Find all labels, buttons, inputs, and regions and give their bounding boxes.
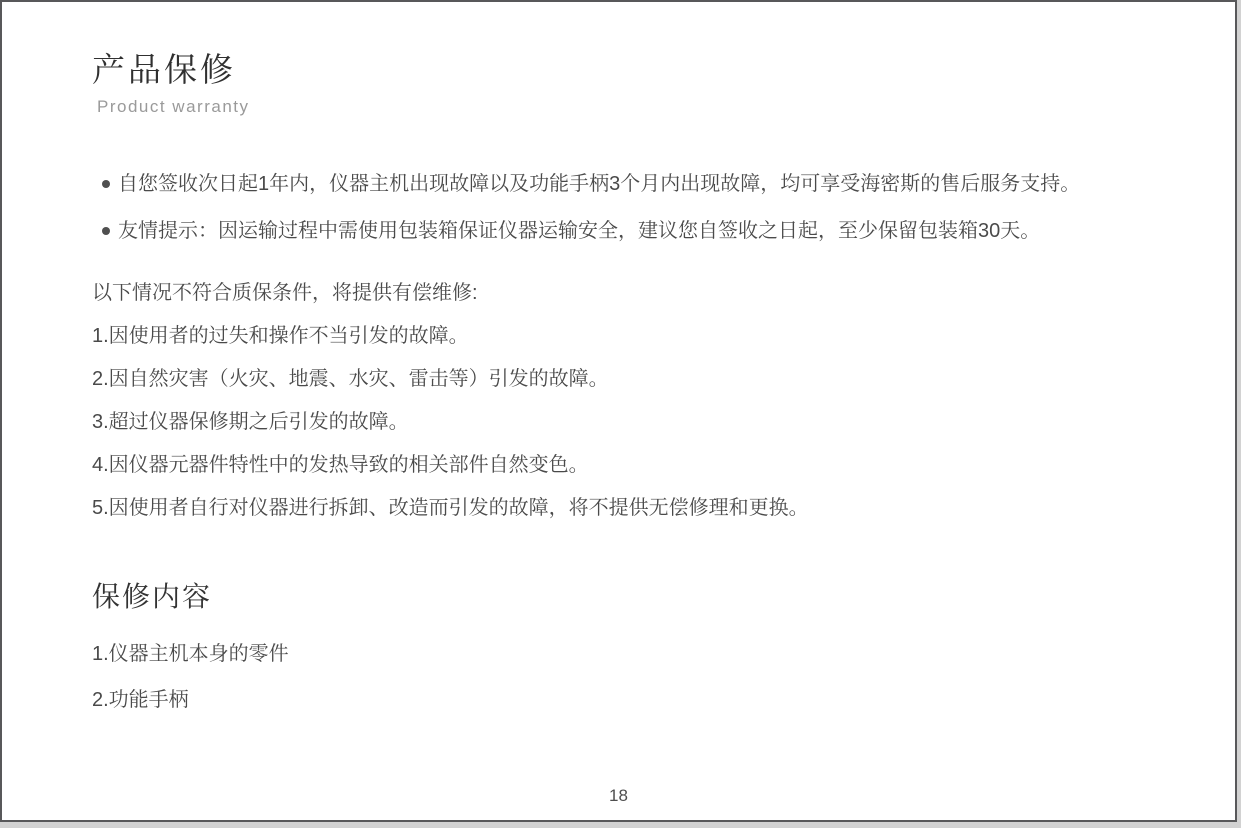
list-item: 自您签收次日起1年内，仪器主机出现故障以及功能手柄3个月内出现故障，均可享受海密… xyxy=(102,173,1195,195)
warranty-notes-list: 自您签收次日起1年内，仪器主机出现故障以及功能手柄3个月内出现故障，均可享受海密… xyxy=(102,173,1195,242)
list-item: 2.功能手柄 xyxy=(92,689,1195,711)
list-item: 3.超过仪器保修期之后引发的故障。 xyxy=(92,411,1195,433)
coverage-section-title: 保修内容 xyxy=(92,575,1195,615)
list-item: 4.因仪器元器件特性中的发热导致的相关部件自然变色。 xyxy=(92,454,1195,476)
manual-page: 产品保修 Product warranty 自您签收次日起1年内，仪器主机出现故… xyxy=(0,0,1237,822)
paid-repair-list: 1.因使用者的过失和操作不当引发的故障。 2.因自然灾害（火灾、地震、水灾、雷击… xyxy=(92,325,1195,519)
list-item: 1.仪器主机本身的零件 xyxy=(92,643,1195,665)
bullet-icon xyxy=(102,180,110,188)
list-item: 1.因使用者的过失和操作不当引发的故障。 xyxy=(92,325,1195,347)
paid-repair-intro: 以下情况不符合质保条件，将提供有偿维修: xyxy=(92,276,1195,305)
list-item: 2.因自然灾害（火灾、地震、水灾、雷击等）引发的故障。 xyxy=(92,368,1195,390)
list-item: 5.因使用者自行对仪器进行拆卸、改造而引发的故障，将不提供无偿修理和更换。 xyxy=(92,497,1195,519)
document-viewport: 产品保修 Product warranty 自您签收次日起1年内，仪器主机出现故… xyxy=(0,0,1241,828)
page-content: 产品保修 Product warranty 自您签收次日起1年内，仪器主机出现故… xyxy=(2,44,1235,711)
list-item: 友情提示：因运输过程中需使用包装箱保证仪器运输安全，建议您自签收之日起，至少保留… xyxy=(102,220,1195,242)
bullet-icon xyxy=(102,227,110,235)
coverage-list: 1.仪器主机本身的零件 2.功能手柄 xyxy=(92,643,1195,711)
page-subtitle: Product warranty xyxy=(97,97,1195,117)
page-title: 产品保修 xyxy=(92,44,1195,91)
page-number: 18 xyxy=(2,786,1235,806)
warranty-note-text: 自您签收次日起1年内，仪器主机出现故障以及功能手柄3个月内出现故障，均可享受海密… xyxy=(118,173,1080,195)
warranty-note-text: 友情提示：因运输过程中需使用包装箱保证仪器运输安全，建议您自签收之日起，至少保留… xyxy=(118,220,1040,242)
